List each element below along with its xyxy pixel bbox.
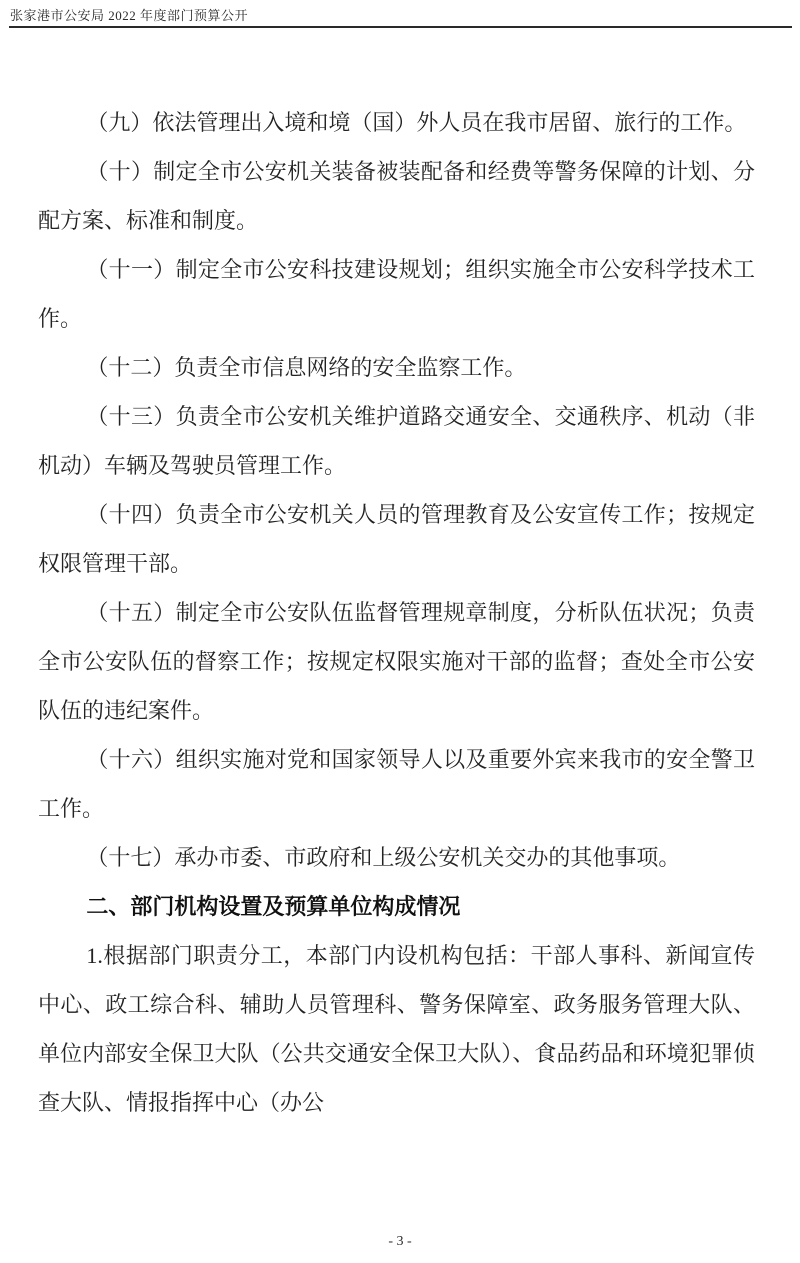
paragraph: （十一）制定全市公安科技建设规划；组织实施全市公安科学技术工作。 <box>38 245 755 343</box>
page-footer: - 3 - <box>0 1234 800 1250</box>
paragraph: （十四）负责全市公安机关人员的管理教育及公安宣传工作；按规定权限管理干部。 <box>38 490 755 588</box>
paragraph: （十二）负责全市信息网络的安全监察工作。 <box>38 343 755 392</box>
paragraph: 1.根据部门职责分工，本部门内设机构包括：干部人事科、新闻宣传中心、政工综合科、… <box>38 931 755 1127</box>
paragraph: （十七）承办市委、市政府和上级公安机关交办的其他事项。 <box>38 833 755 882</box>
paragraph: （十三）负责全市公安机关维护道路交通安全、交通秩序、机动（非机动）车辆及驾驶员管… <box>38 392 755 490</box>
document-body: （九）依法管理出入境和境（国）外人员在我市居留、旅行的工作。（十）制定全市公安机… <box>38 98 755 1127</box>
paragraph: （十六）组织实施对党和国家领导人以及重要外宾来我市的安全警卫工作。 <box>38 735 755 833</box>
page-header: 张家港市公安局 2022 年度部门预算公开 <box>10 5 248 24</box>
header-title: 张家港市公安局 2022 年度部门预算公开 <box>10 8 248 23</box>
header-divider <box>9 26 792 28</box>
paragraph: （九）依法管理出入境和境（国）外人员在我市居留、旅行的工作。 <box>38 98 755 147</box>
section-heading: 二、部门机构设置及预算单位构成情况 <box>38 882 755 931</box>
paragraph: （十五）制定全市公安队伍监督管理规章制度，分析队伍状况；负责全市公安队伍的督察工… <box>38 588 755 735</box>
paragraph: （十）制定全市公安机关装备被装配备和经费等警务保障的计划、分配方案、标准和制度。 <box>38 147 755 245</box>
page-number: - 3 - <box>388 1234 411 1249</box>
